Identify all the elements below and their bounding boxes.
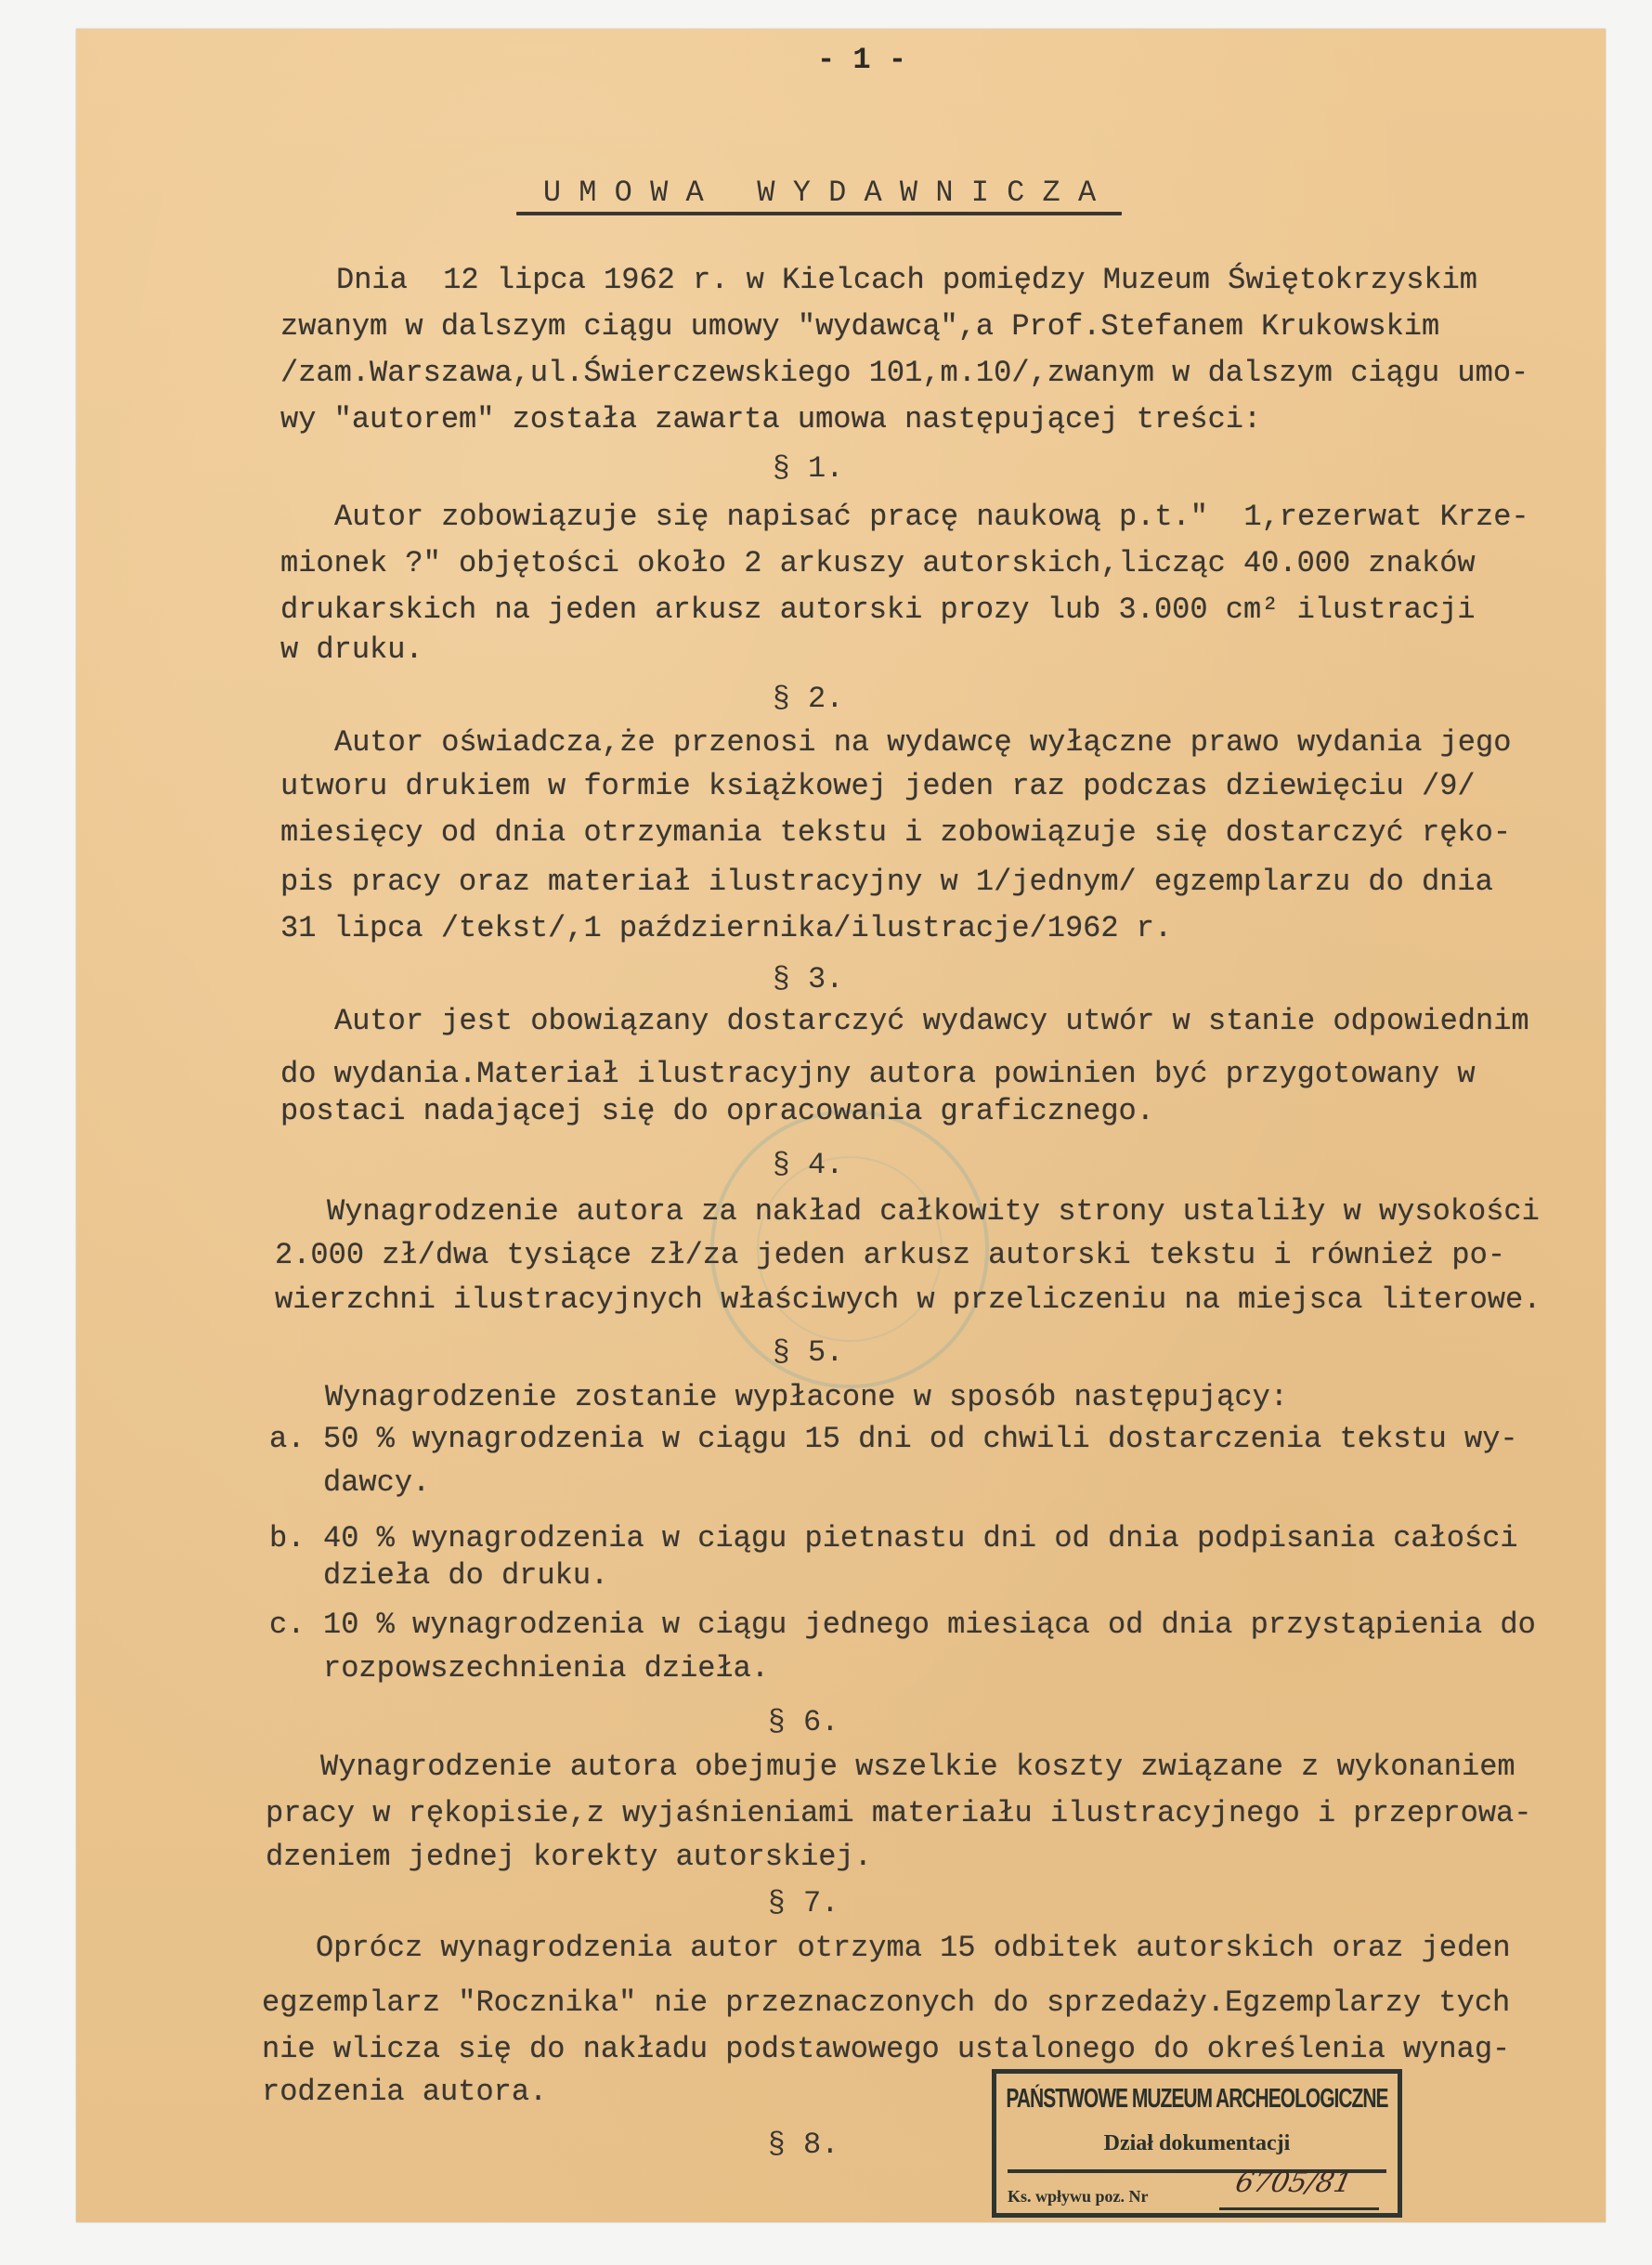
list-item-c-line: rozpowszechnienia dzieła.	[323, 1650, 769, 1687]
section-3-line: do wydania.Materiał ilustracyjny autora …	[280, 1056, 1476, 1093]
section-4-line: Wynagrodzenie autora za nakład całkowity…	[327, 1193, 1540, 1230]
list-item-b-line: dzieła do druku.	[323, 1557, 608, 1595]
stamp-institution: PAŃSTWOWE MUZEUM ARCHEOLOGICZNE	[1002, 2085, 1392, 2115]
section-heading-8: § 8.	[710, 2127, 896, 2164]
list-marker-a: a.	[269, 1421, 305, 1458]
section-4-line: wierzchni ilustracyjnych właściwych w pr…	[275, 1282, 1541, 1319]
list-item-b-line: 40 % wynagrodzenia w ciągu pietnastu dni…	[323, 1520, 1518, 1557]
document-title: U M O W A W Y D A W N I C Z A	[515, 176, 1124, 210]
intro-line: zwanym w dalszym ciągu umowy "wydawcą",a…	[280, 308, 1439, 345]
page-number: - 1 -	[817, 42, 906, 79]
list-item-a-line: 50 % wynagrodzenia w ciągu 15 dni od chw…	[323, 1421, 1518, 1458]
section-2-line: pis pracy oraz materiał ilustracyjny w 1…	[280, 864, 1493, 901]
section-1-line: w druku.	[280, 631, 423, 669]
section-2-line: utworu drukiem w formie książkowej jeden…	[280, 768, 1476, 805]
section-heading-6: § 6.	[710, 1704, 896, 1741]
section-5-intro: Wynagrodzenie zostanie wypłacone w sposó…	[325, 1379, 1288, 1416]
section-6-line: pracy w rękopisie,z wyjaśnieniami materi…	[266, 1795, 1531, 1832]
section-1-line: mionek ?" objętości około 2 arkuszy auto…	[280, 545, 1476, 582]
section-7-line: Oprócz wynagrodzenia autor otrzyma 15 od…	[316, 1930, 1511, 1967]
section-3-line: Autor jest obowiązany dostarczyć wydawcy…	[334, 1003, 1529, 1040]
section-6-line: dzeniem jednej korekty autorskiej.	[266, 1839, 872, 1876]
intro-line: /zam.Warszawa,ul.Świerczewskiego 101,m.1…	[280, 355, 1528, 392]
stamp-department: Dział dokumentacji	[996, 2131, 1398, 2156]
section-2-line: 31 lipca /tekst/,1 października/ilustrac…	[280, 910, 1172, 947]
title-underline	[516, 212, 1122, 215]
section-heading-1: § 1.	[715, 450, 901, 488]
section-7-line: egzemplarz "Rocznika" nie przeznaczonych…	[262, 1985, 1510, 2022]
stamp-field-label: Ks. wpływu poz. Nr	[1008, 2187, 1149, 2206]
section-heading-2: § 2.	[715, 681, 901, 718]
section-heading-4: § 4.	[715, 1147, 901, 1184]
section-4-line: 2.000 zł/dwa tysiące zł/za jeden arkusz …	[275, 1237, 1505, 1274]
section-2-line: Autor oświadcza,że przenosi na wydawcę w…	[334, 724, 1511, 762]
section-heading-7: § 7.	[710, 1885, 896, 1922]
archive-stamp: PAŃSTWOWE MUZEUM ARCHEOLOGICZNE Dział do…	[992, 2069, 1402, 2218]
list-marker-b: b.	[269, 1520, 305, 1557]
section-2-line: miesięcy od dnia otrzymania tekstu i zob…	[280, 814, 1511, 852]
list-marker-c: c.	[269, 1607, 305, 1644]
section-heading-3: § 3.	[715, 961, 901, 998]
section-6-line: Wynagrodzenie autora obejmuje wszelkie k…	[320, 1749, 1515, 1786]
section-7-line: rodzenia autora.	[262, 2074, 547, 2111]
intro-line: wy "autorem" została zawarta umowa nastę…	[280, 401, 1261, 438]
stamp-handwritten-number: 6705/81	[1232, 2167, 1355, 2199]
section-7-line: nie wlicza się do nakładu podstawowego u…	[262, 2031, 1510, 2068]
list-item-c-line: 10 % wynagrodzenia w ciągu jednego miesi…	[323, 1607, 1536, 1644]
list-item-a-line: dawcy.	[323, 1464, 430, 1502]
section-1-line: Autor zobowiązuje się napisać pracę nauk…	[334, 499, 1529, 536]
section-3-line: postaci nadającej się do opracowania gra…	[280, 1093, 1154, 1130]
section-1-line: drukarskich na jeden arkusz autorski pro…	[280, 592, 1476, 629]
section-heading-5: § 5.	[715, 1334, 901, 1372]
intro-line: Dnia 12 lipca 1962 r. w Kielcach pomiędz…	[336, 262, 1477, 299]
